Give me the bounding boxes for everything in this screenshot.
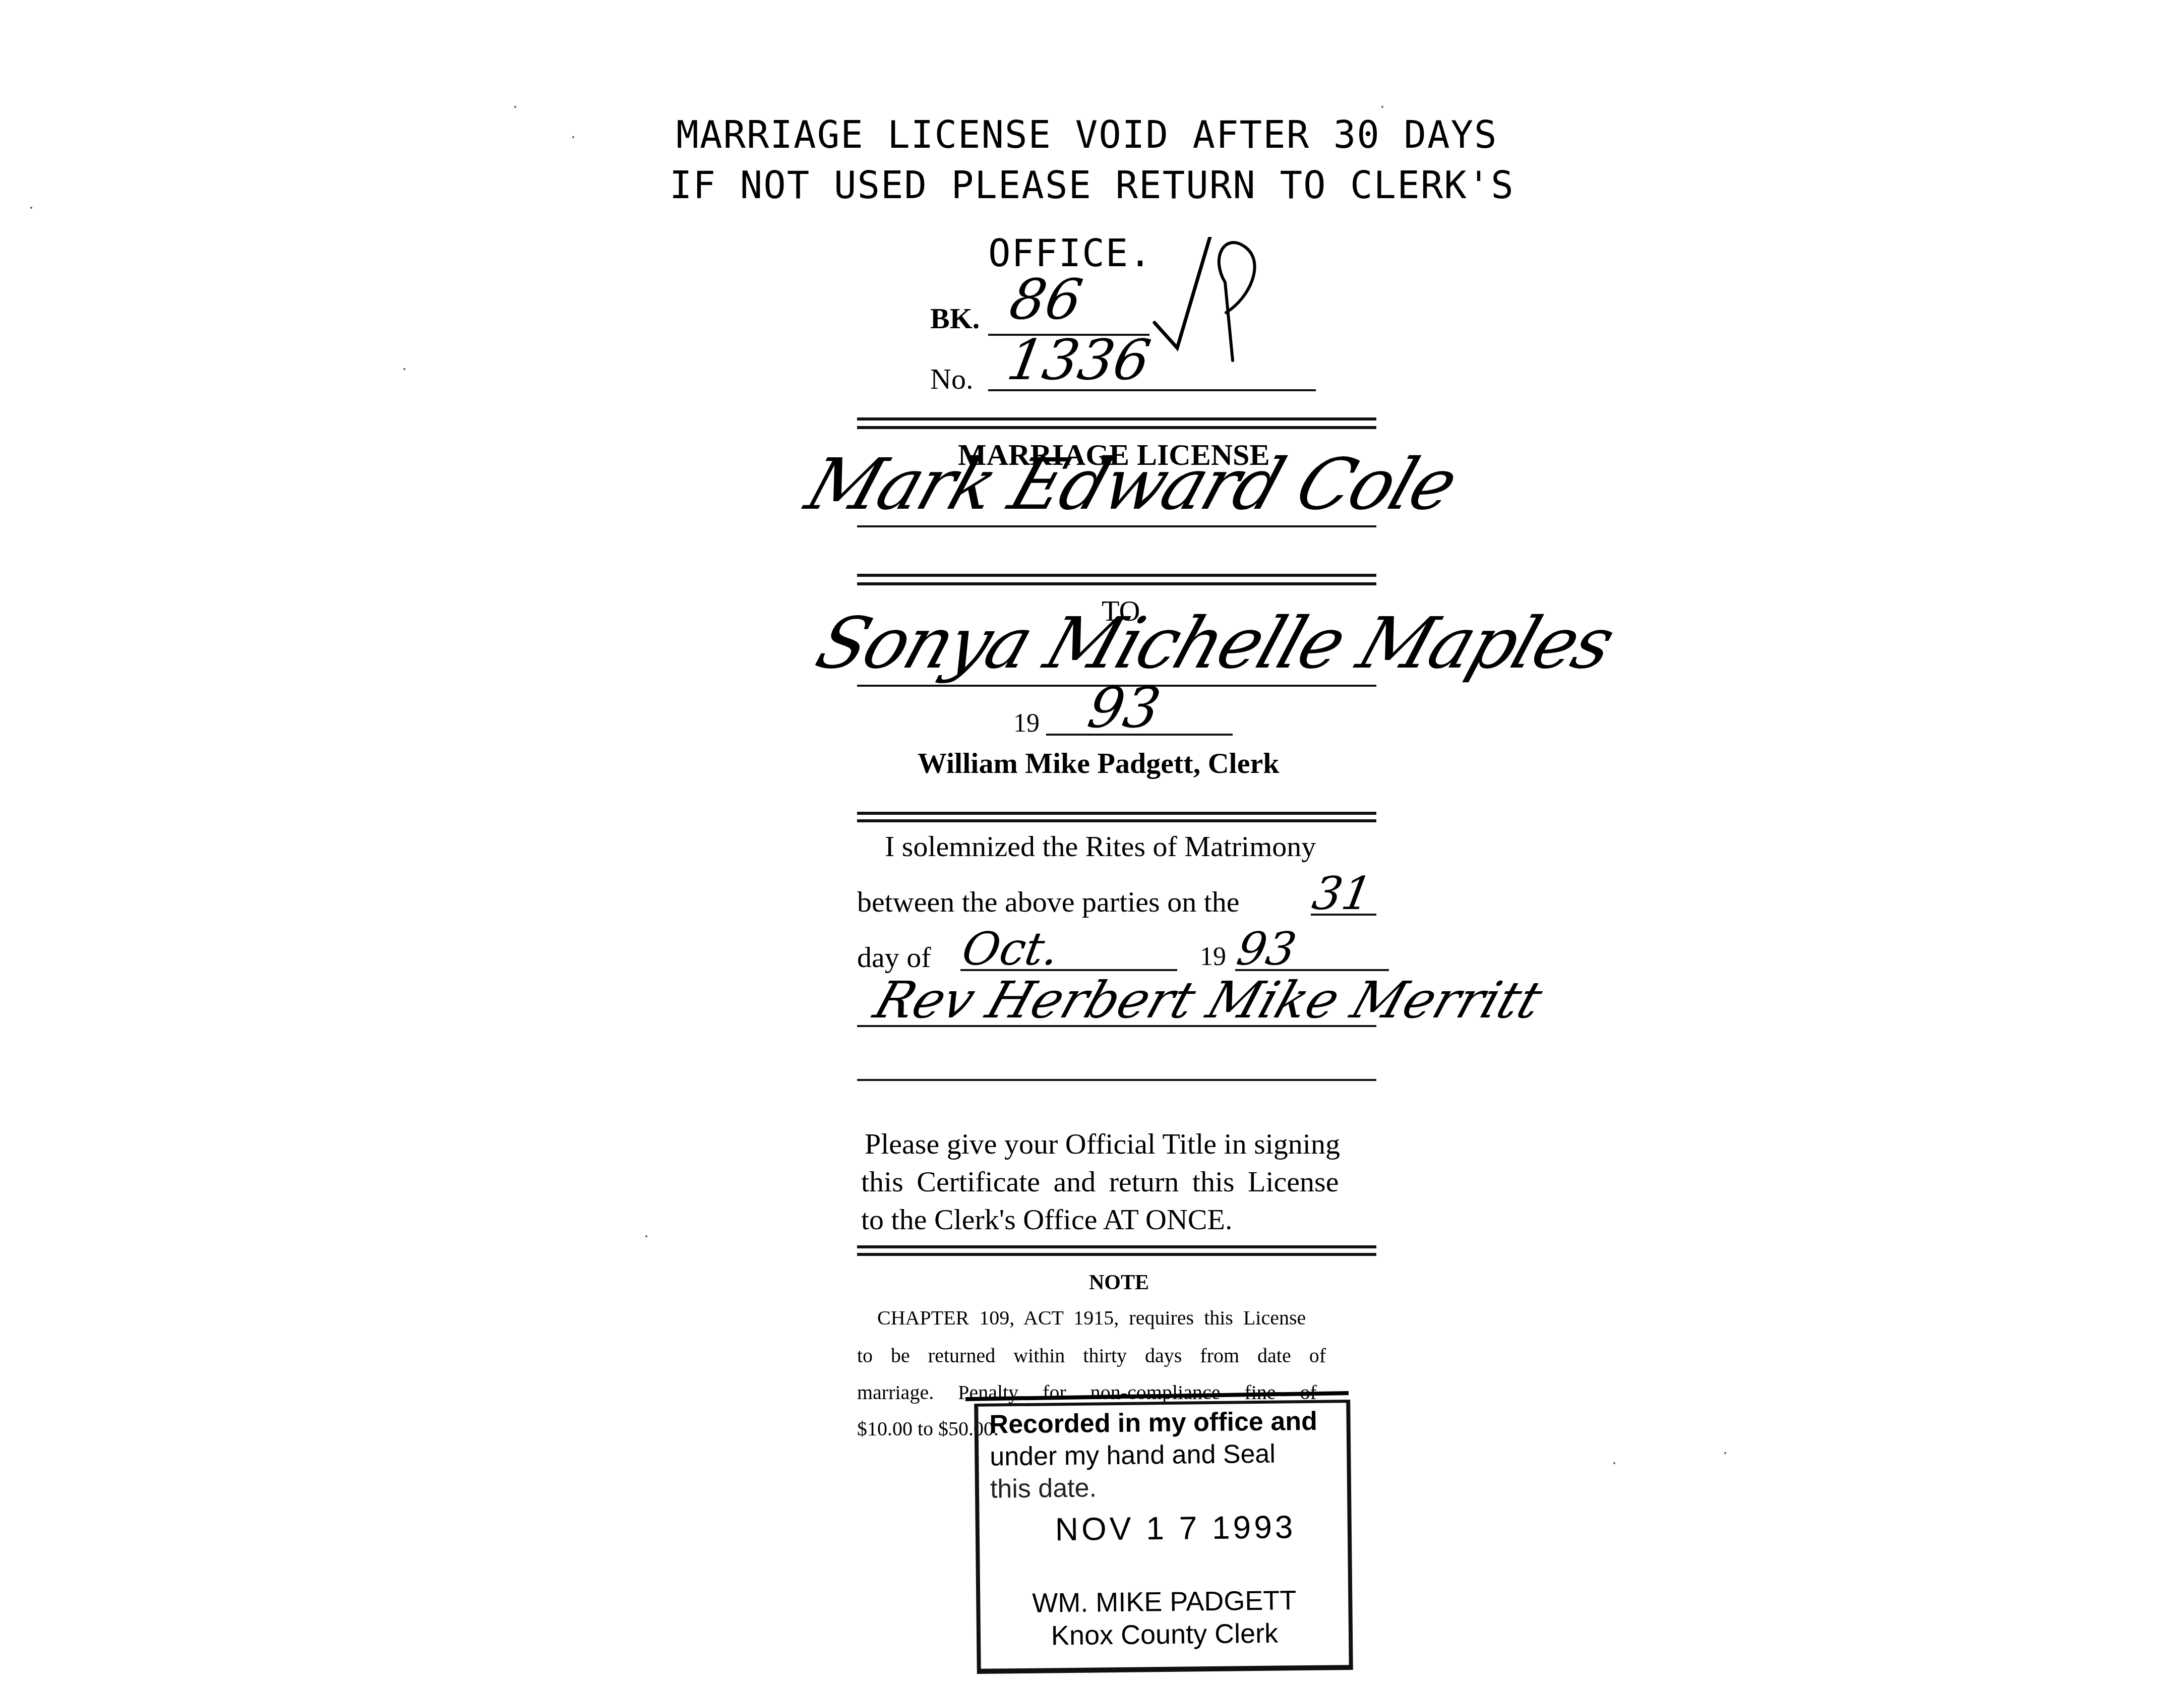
note-line-2: to be returned within thirty days from d…	[857, 1344, 1326, 1367]
divider-rule	[857, 426, 1376, 429]
check-mark-icon	[1149, 237, 1281, 388]
scan-speck	[1381, 106, 1383, 108]
divider-rule	[857, 819, 1376, 822]
stamp-line-3: this date.	[990, 1473, 1097, 1504]
divider-rule	[857, 1253, 1376, 1256]
stamp-clerk-name: WM. MIKE PADGETT	[980, 1584, 1349, 1619]
stamp-line-1: Recorded in my office and	[989, 1406, 1317, 1440]
certificate-line-3: day of	[857, 940, 931, 974]
certificate-year-prefix: 19	[1200, 942, 1226, 972]
bride-signature: Sonya Michelle Maples	[807, 603, 1623, 685]
clerk-name: William Mike Padgett, Clerk	[918, 746, 1279, 780]
scan-speck	[1613, 1462, 1615, 1464]
scan-speck	[514, 106, 516, 108]
stamp-clerk-title: Knox County Clerk	[981, 1617, 1349, 1652]
header-line-2: IF NOT USED PLEASE RETURN TO CLERK'S	[0, 164, 2184, 207]
number-label: No.	[930, 362, 973, 396]
scan-speck	[30, 207, 32, 209]
stamp-date: NOV 1 7 1993	[1055, 1508, 1296, 1548]
scan-speck	[645, 1235, 647, 1237]
book-value: 86	[1005, 267, 1087, 332]
instructions-line-2: this Certificate and return this License	[861, 1165, 1339, 1198]
note-line-1: CHAPTER 109, ACT 1915, requires this Lic…	[877, 1306, 1306, 1330]
groom-signature: Mark Edward Cole	[797, 444, 1466, 526]
scan-speck	[1724, 1452, 1726, 1454]
divider-rule	[857, 812, 1376, 815]
instructions-line-1: Please give your Official Title in signi…	[865, 1127, 1340, 1161]
scan-speck	[403, 368, 405, 370]
number-value: 1336	[1003, 328, 1156, 392]
scan-speck	[572, 136, 574, 138]
certificate-line-2: between the above parties on the	[857, 885, 1240, 919]
certificate-year-value: 93	[1233, 923, 1300, 976]
divider-rule	[857, 1245, 1376, 1248]
license-year-value: 93	[1083, 676, 1166, 740]
divider-rule	[857, 417, 1376, 420]
month-value: Oct.	[958, 923, 1063, 976]
certificate-line-1: I solemnized the Rites of Matrimony	[885, 829, 1316, 863]
officiant-signature: Rev Herbert Mike Merritt	[867, 971, 1549, 1030]
license-year-prefix: 19	[1013, 708, 1040, 738]
header-line-1: MARRIAGE LICENSE VOID AFTER 30 DAYS	[0, 113, 2179, 157]
divider-rule	[857, 582, 1376, 585]
day-value: 31	[1309, 867, 1376, 920]
divider-rule	[857, 574, 1376, 577]
note-heading: NOTE	[1089, 1271, 1149, 1295]
official-title-line	[857, 1079, 1376, 1081]
recorded-stamp: Recorded in my office and under my hand …	[974, 1400, 1353, 1674]
stamp-line-2: under my hand and Seal	[990, 1439, 1276, 1472]
instructions-line-3: to the Clerk's Office AT ONCE.	[861, 1202, 1232, 1236]
book-label: BK.	[930, 302, 980, 335]
